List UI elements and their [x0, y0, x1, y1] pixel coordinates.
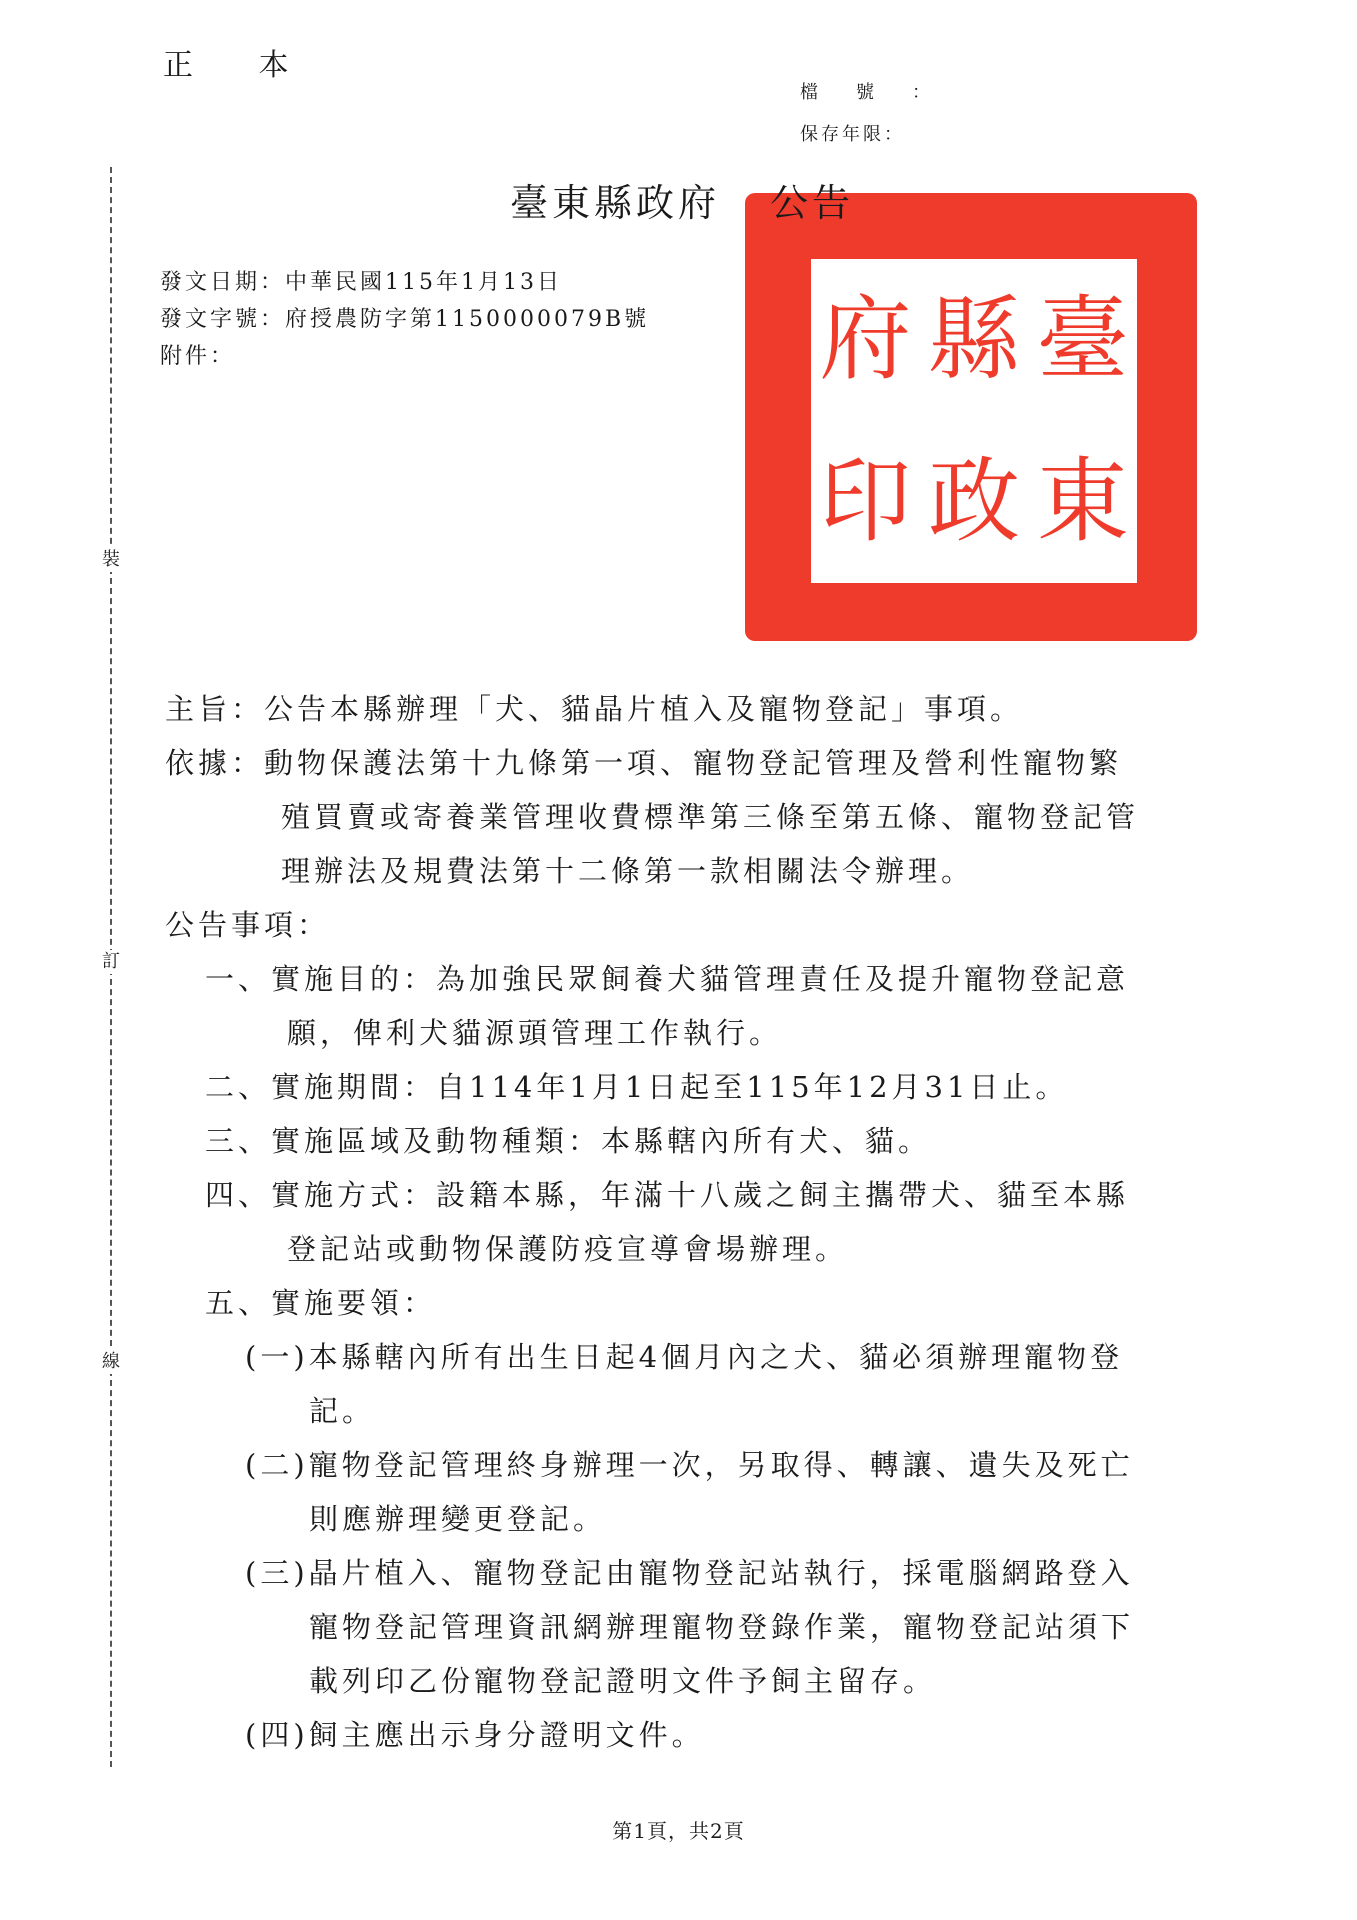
file-number-label-text: 檔號：	[800, 78, 968, 104]
item-number: 四、	[205, 1178, 271, 1212]
basis-line: 理辦法及規費法第十二條第一款相關法令辦理。	[165, 844, 1245, 898]
page-number: 第1頁，共2頁	[0, 1815, 1357, 1844]
item-line: 登記站或動物保護防疫宣導會場辦理。	[205, 1222, 1245, 1276]
seal-char: 縣	[920, 259, 1029, 421]
subitem-number: (二)	[245, 1448, 309, 1482]
item-line: 實施目的：為加強民眾飼養犬貓管理責任及提升寵物登記意	[271, 962, 1129, 996]
subitem-line: 則應辦理變更登記。	[245, 1492, 1245, 1546]
issue-date-label: 發文日期：	[160, 270, 285, 295]
issue-number-label: 發文字號：	[160, 307, 285, 332]
subitem-line: 寵物登記管理資訊網辦理寵物登錄作業，寵物登記站須下	[245, 1600, 1245, 1654]
item-line: 實施方式：設籍本縣，年滿十八歲之飼主攜帶犬、貓至本縣	[271, 1178, 1129, 1212]
item-number: 五、	[205, 1286, 271, 1320]
seal-char: 印	[811, 421, 920, 583]
item-line: 實施期間：自114年1月1日起至115年12月31日止。	[271, 1070, 1068, 1104]
basis-line: 殖買賣或寄養業管理收費標準第三條至第五條、寵物登記管	[165, 790, 1245, 844]
subject-text: 公告本縣辦理「犬、貓晶片植入及寵物登記」事項。	[264, 692, 1023, 726]
announcement-item-1: 一、實施目的：為加強民眾飼養犬貓管理責任及提升寵物登記意 願，俾利犬貓源頭管理工…	[165, 952, 1245, 1060]
binding-char-bind: 裝	[99, 548, 123, 572]
retention-period-label: 保存年限：	[800, 120, 905, 146]
subitem-1: (一)本縣轄內所有出生日起4個月內之犬、貓必須辦理寵物登 記。	[165, 1330, 1245, 1438]
subitem-line: 晶片植入、寵物登記由寵物登記站執行，採電腦網路登入	[309, 1556, 1134, 1590]
seal-char: 東	[1028, 421, 1137, 583]
basis-label: 依據：	[165, 746, 264, 780]
subitem-number: (四)	[245, 1718, 309, 1752]
document-body: 主旨：公告本縣辦理「犬、貓晶片植入及寵物登記」事項。 依據：動物保護法第十九條第…	[165, 682, 1245, 1762]
subitem-4: (四)飼主應出示身分證明文件。	[165, 1708, 1245, 1762]
subitem-line: 寵物登記管理終身辦理一次，另取得、轉讓、遺失及死亡	[309, 1448, 1134, 1482]
seal-char: 政	[920, 421, 1029, 583]
seal-inner-field: 臺 東 縣 政 府 印	[811, 259, 1137, 583]
subitem-3: (三)晶片植入、寵物登記由寵物登記站執行，採電腦網路登入 寵物登記管理資訊網辦理…	[165, 1546, 1245, 1708]
issue-number: 發文字號：府授農防字第1150000079B號	[160, 302, 649, 333]
subitem-line: 記。	[245, 1384, 1245, 1438]
item-number: 一、	[205, 962, 271, 996]
issue-number-value: 府授農防字第1150000079B號	[285, 307, 649, 332]
subitem-number: (一)	[245, 1340, 309, 1374]
subject-label: 主旨：	[165, 692, 264, 726]
announcement-item-5: 五、實施要領：	[165, 1276, 1245, 1330]
item-line: 實施區域及動物種類：本縣轄內所有犬、貓。	[271, 1124, 931, 1158]
agency-name: 臺東縣政府	[510, 181, 720, 225]
basis-line: 動物保護法第十九條第一項、寵物登記管理及營利性寵物繁	[264, 746, 1122, 780]
subitem-2: (二)寵物登記管理終身辦理一次，另取得、轉讓、遺失及死亡 則應辦理變更登記。	[165, 1438, 1245, 1546]
announcement-heading: 公告事項：	[165, 898, 1245, 952]
announcement-item-2: 二、實施期間：自114年1月1日起至115年12月31日止。	[165, 1060, 1245, 1114]
copy-mark: 正 本	[163, 40, 317, 84]
official-seal: 臺 東 縣 政 府 印	[745, 193, 1197, 641]
item-number: 二、	[205, 1070, 271, 1104]
subitem-line: 本縣轄內所有出生日起4個月內之犬、貓必須辦理寵物登	[309, 1340, 1123, 1374]
item-line: 實施要領：	[271, 1286, 436, 1320]
file-number-label: 檔號：	[800, 78, 968, 104]
attachment: 附件：	[160, 339, 235, 370]
issue-date: 發文日期：中華民國115年1月13日	[160, 265, 562, 296]
seal-char: 府	[811, 259, 920, 421]
page-title: 臺東縣政府公告	[510, 172, 854, 227]
basis-section: 依據：動物保護法第十九條第一項、寵物登記管理及營利性寵物繁 殖買賣或寄養業管理收…	[165, 736, 1245, 898]
attachment-label: 附件：	[160, 344, 235, 369]
item-number: 三、	[205, 1124, 271, 1158]
announcement-item-4: 四、實施方式：設籍本縣，年滿十八歲之飼主攜帶犬、貓至本縣 登記站或動物保護防疫宣…	[165, 1168, 1245, 1276]
announcement-item-3: 三、實施區域及動物種類：本縣轄內所有犬、貓。	[165, 1114, 1245, 1168]
document-type: 公告	[770, 181, 854, 225]
binding-char-staple: 訂	[99, 950, 123, 974]
subject-section: 主旨：公告本縣辦理「犬、貓晶片植入及寵物登記」事項。	[165, 682, 1245, 736]
subitem-number: (三)	[245, 1556, 309, 1590]
item-line: 願，俾利犬貓源頭管理工作執行。	[205, 1006, 1245, 1060]
issue-date-value: 中華民國115年1月13日	[285, 270, 562, 295]
subitem-line: 載列印乙份寵物登記證明文件予飼主留存。	[245, 1654, 1245, 1708]
seal-char: 臺	[1028, 259, 1137, 421]
binding-char-line: 線	[99, 1350, 123, 1374]
subitem-line: 飼主應出示身分證明文件。	[309, 1718, 705, 1752]
